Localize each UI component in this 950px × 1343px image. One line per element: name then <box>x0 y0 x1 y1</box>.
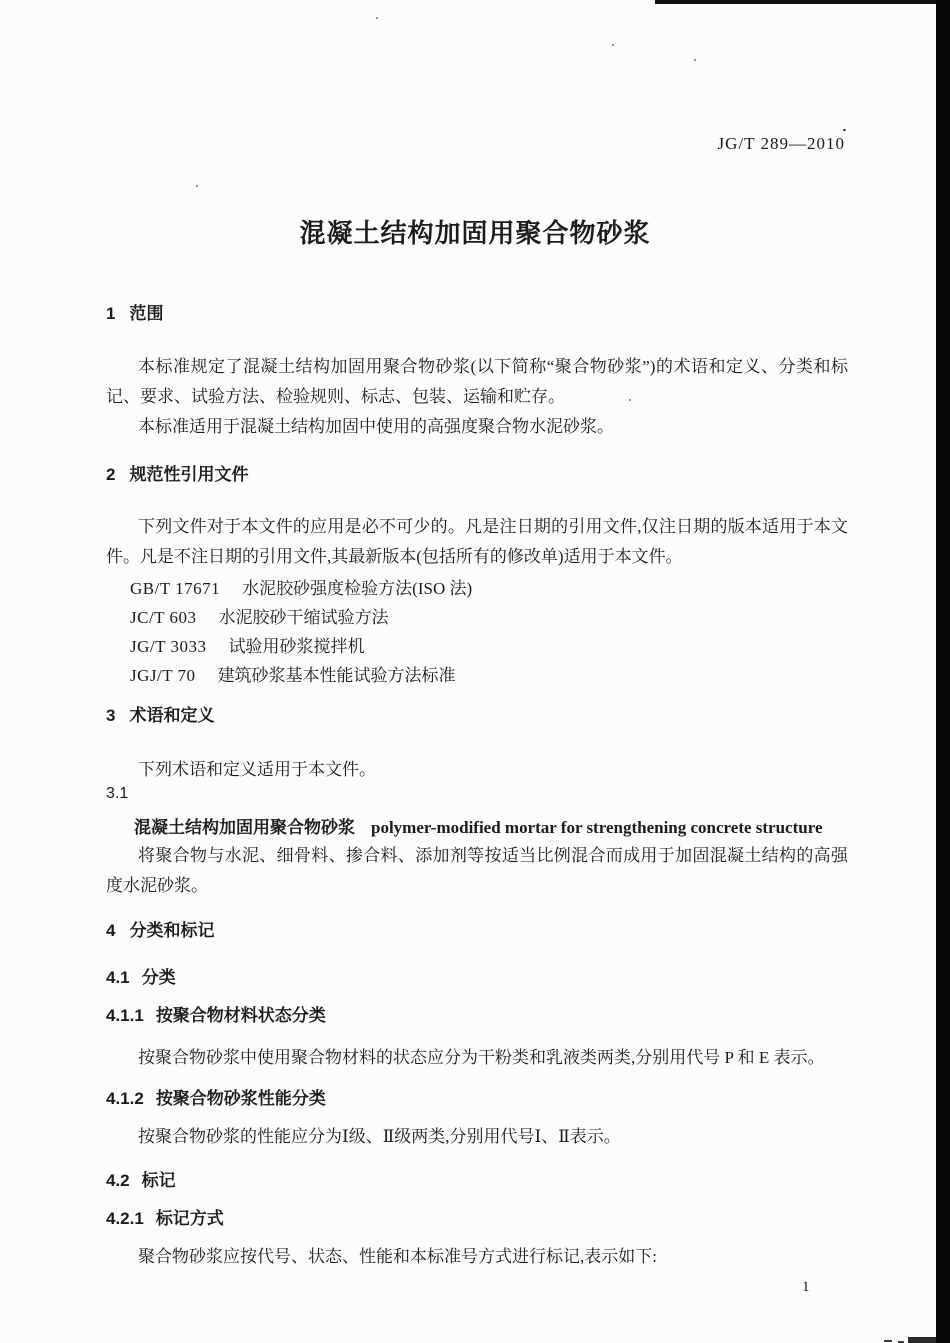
document-title: 混凝土结构加固用聚合物砂浆 <box>0 213 950 250</box>
paragraph: 本标准适用于混凝土结构加固中使用的高强度聚合物水泥砂浆。 <box>106 412 848 442</box>
page-number: 1 <box>802 1279 810 1296</box>
section-number: 4.2.1 <box>106 1209 144 1228</box>
section-4-2-1-body: 聚合物砂浆应按代号、状态、性能和本标准号方式进行标记,表示如下: <box>106 1242 848 1272</box>
term-english: polymer-modified mortar for strengthenin… <box>371 818 823 837</box>
section-title: 标记方式 <box>156 1209 224 1228</box>
scan-speck <box>694 59 696 61</box>
paragraph: 将聚合物与水泥、细骨料、掺合料、添加剂等按适当比例混合而成用于加固混凝土结构的高… <box>106 841 848 901</box>
reference-item: JGJ/T 70建筑砂浆基本性能试验方法标准 <box>106 661 848 690</box>
scan-speck <box>376 17 378 19</box>
section-title: 分类 <box>142 968 176 987</box>
term-definition: 将聚合物与水泥、细骨料、掺合料、添加剂等按适当比例混合而成用于加固混凝土结构的高… <box>106 841 848 901</box>
paragraph: 下列文件对于本文件的应用是必不可少的。凡是注日期的引用文件,仅注日期的版本适用于… <box>106 512 848 572</box>
section-title: 按聚合物材料状态分类 <box>156 1006 326 1025</box>
section-4-1-1-heading: 4.1.1按聚合物材料状态分类 <box>106 1001 848 1026</box>
section-4-2-1-heading: 4.2.1标记方式 <box>106 1204 848 1229</box>
section-number: 4.2 <box>106 1171 130 1190</box>
section-number: 3 <box>106 706 115 725</box>
document-page: JG/T 289—2010 混凝土结构加固用聚合物砂浆 1范围 本标准规定了混凝… <box>0 0 950 1343</box>
reference-title: 建筑砂浆基本性能试验方法标准 <box>218 666 456 685</box>
section-3-heading: 3术语和定义 <box>106 701 848 726</box>
section-2-body: 下列文件对于本文件的应用是必不可少的。凡是注日期的引用文件,仅注日期的版本适用于… <box>106 512 848 572</box>
scan-speck <box>196 185 198 187</box>
section-4-1-heading: 4.1分类 <box>106 963 848 988</box>
section-number: 4.1 <box>106 968 130 987</box>
term-entry: 混凝土结构加固用聚合物砂浆polymer-modified mortar for… <box>106 813 848 838</box>
scan-edge-top <box>655 0 950 4</box>
section-4-heading: 4分类和标记 <box>106 916 848 941</box>
section-1-body: 本标准规定了混凝土结构加固用聚合物砂浆(以下简称“聚合物砂浆”)的术语和定义、分… <box>106 352 848 442</box>
section-title: 按聚合物砂浆性能分类 <box>156 1089 326 1108</box>
reference-code: JGJ/T 70 <box>130 666 196 685</box>
section-title: 规范性引用文件 <box>129 465 248 484</box>
term-chinese: 混凝土结构加固用聚合物砂浆 <box>134 818 355 837</box>
section-title: 分类和标记 <box>129 921 214 940</box>
section-number: 2 <box>106 465 115 484</box>
paragraph: 按聚合物砂浆中使用聚合物材料的状态应分为干粉类和乳液类两类,分别用代号 P 和 … <box>106 1043 848 1073</box>
standard-code-header: JG/T 289—2010 <box>718 134 845 154</box>
reference-title: 试验用砂浆搅拌机 <box>228 637 364 656</box>
section-title: 术语和定义 <box>129 706 214 725</box>
section-1-heading: 1范围 <box>106 299 848 324</box>
section-4-1-2-body: 按聚合物砂浆的性能应分为Ⅰ级、Ⅱ级两类,分别用代号Ⅰ、Ⅱ表示。 <box>106 1122 848 1152</box>
section-3-intro: 下列术语和定义适用于本文件。 <box>106 755 848 785</box>
paragraph: 按聚合物砂浆的性能应分为Ⅰ级、Ⅱ级两类,分别用代号Ⅰ、Ⅱ表示。 <box>106 1122 848 1152</box>
term-item-number: 3.1 <box>106 785 128 803</box>
paragraph: 聚合物砂浆应按代号、状态、性能和本标准号方式进行标记,表示如下: <box>106 1242 848 1272</box>
reference-code: JC/T 603 <box>130 608 197 627</box>
scan-speck <box>884 1340 892 1342</box>
reference-title: 水泥胶砂干缩试验方法 <box>219 608 389 627</box>
section-number: 4.1.1 <box>106 1006 144 1025</box>
section-number: 1 <box>106 304 115 323</box>
reference-title: 水泥胶砂强度检验方法(ISO 法) <box>242 579 472 598</box>
section-title: 范围 <box>129 304 163 323</box>
section-number: 4.1.2 <box>106 1089 144 1108</box>
scan-edge-right <box>936 0 950 1343</box>
reference-item: JG/T 3033试验用砂浆搅拌机 <box>106 632 848 661</box>
section-title: 标记 <box>142 1171 176 1190</box>
reference-code: JG/T 3033 <box>130 637 206 656</box>
section-4-2-heading: 4.2标记 <box>106 1166 848 1191</box>
reference-item: JC/T 603水泥胶砂干缩试验方法 <box>106 603 848 632</box>
section-2-heading: 2规范性引用文件 <box>106 460 848 485</box>
scan-corner-smudge <box>908 1337 936 1343</box>
section-4-1-2-heading: 4.1.2按聚合物砂浆性能分类 <box>106 1084 848 1109</box>
paragraph: 下列术语和定义适用于本文件。 <box>106 755 848 785</box>
normative-references-list: GB/T 17671水泥胶砂强度检验方法(ISO 法) JC/T 603水泥胶砂… <box>106 574 848 690</box>
reference-code: GB/T 17671 <box>130 579 220 598</box>
paragraph: 本标准规定了混凝土结构加固用聚合物砂浆(以下简称“聚合物砂浆”)的术语和定义、分… <box>106 352 848 412</box>
scan-speck <box>843 129 846 131</box>
section-number: 4 <box>106 921 115 940</box>
scan-speck <box>612 44 614 46</box>
section-4-1-1-body: 按聚合物砂浆中使用聚合物材料的状态应分为干粉类和乳液类两类,分别用代号 P 和 … <box>106 1043 848 1073</box>
reference-item: GB/T 17671水泥胶砂强度检验方法(ISO 法) <box>106 574 848 603</box>
